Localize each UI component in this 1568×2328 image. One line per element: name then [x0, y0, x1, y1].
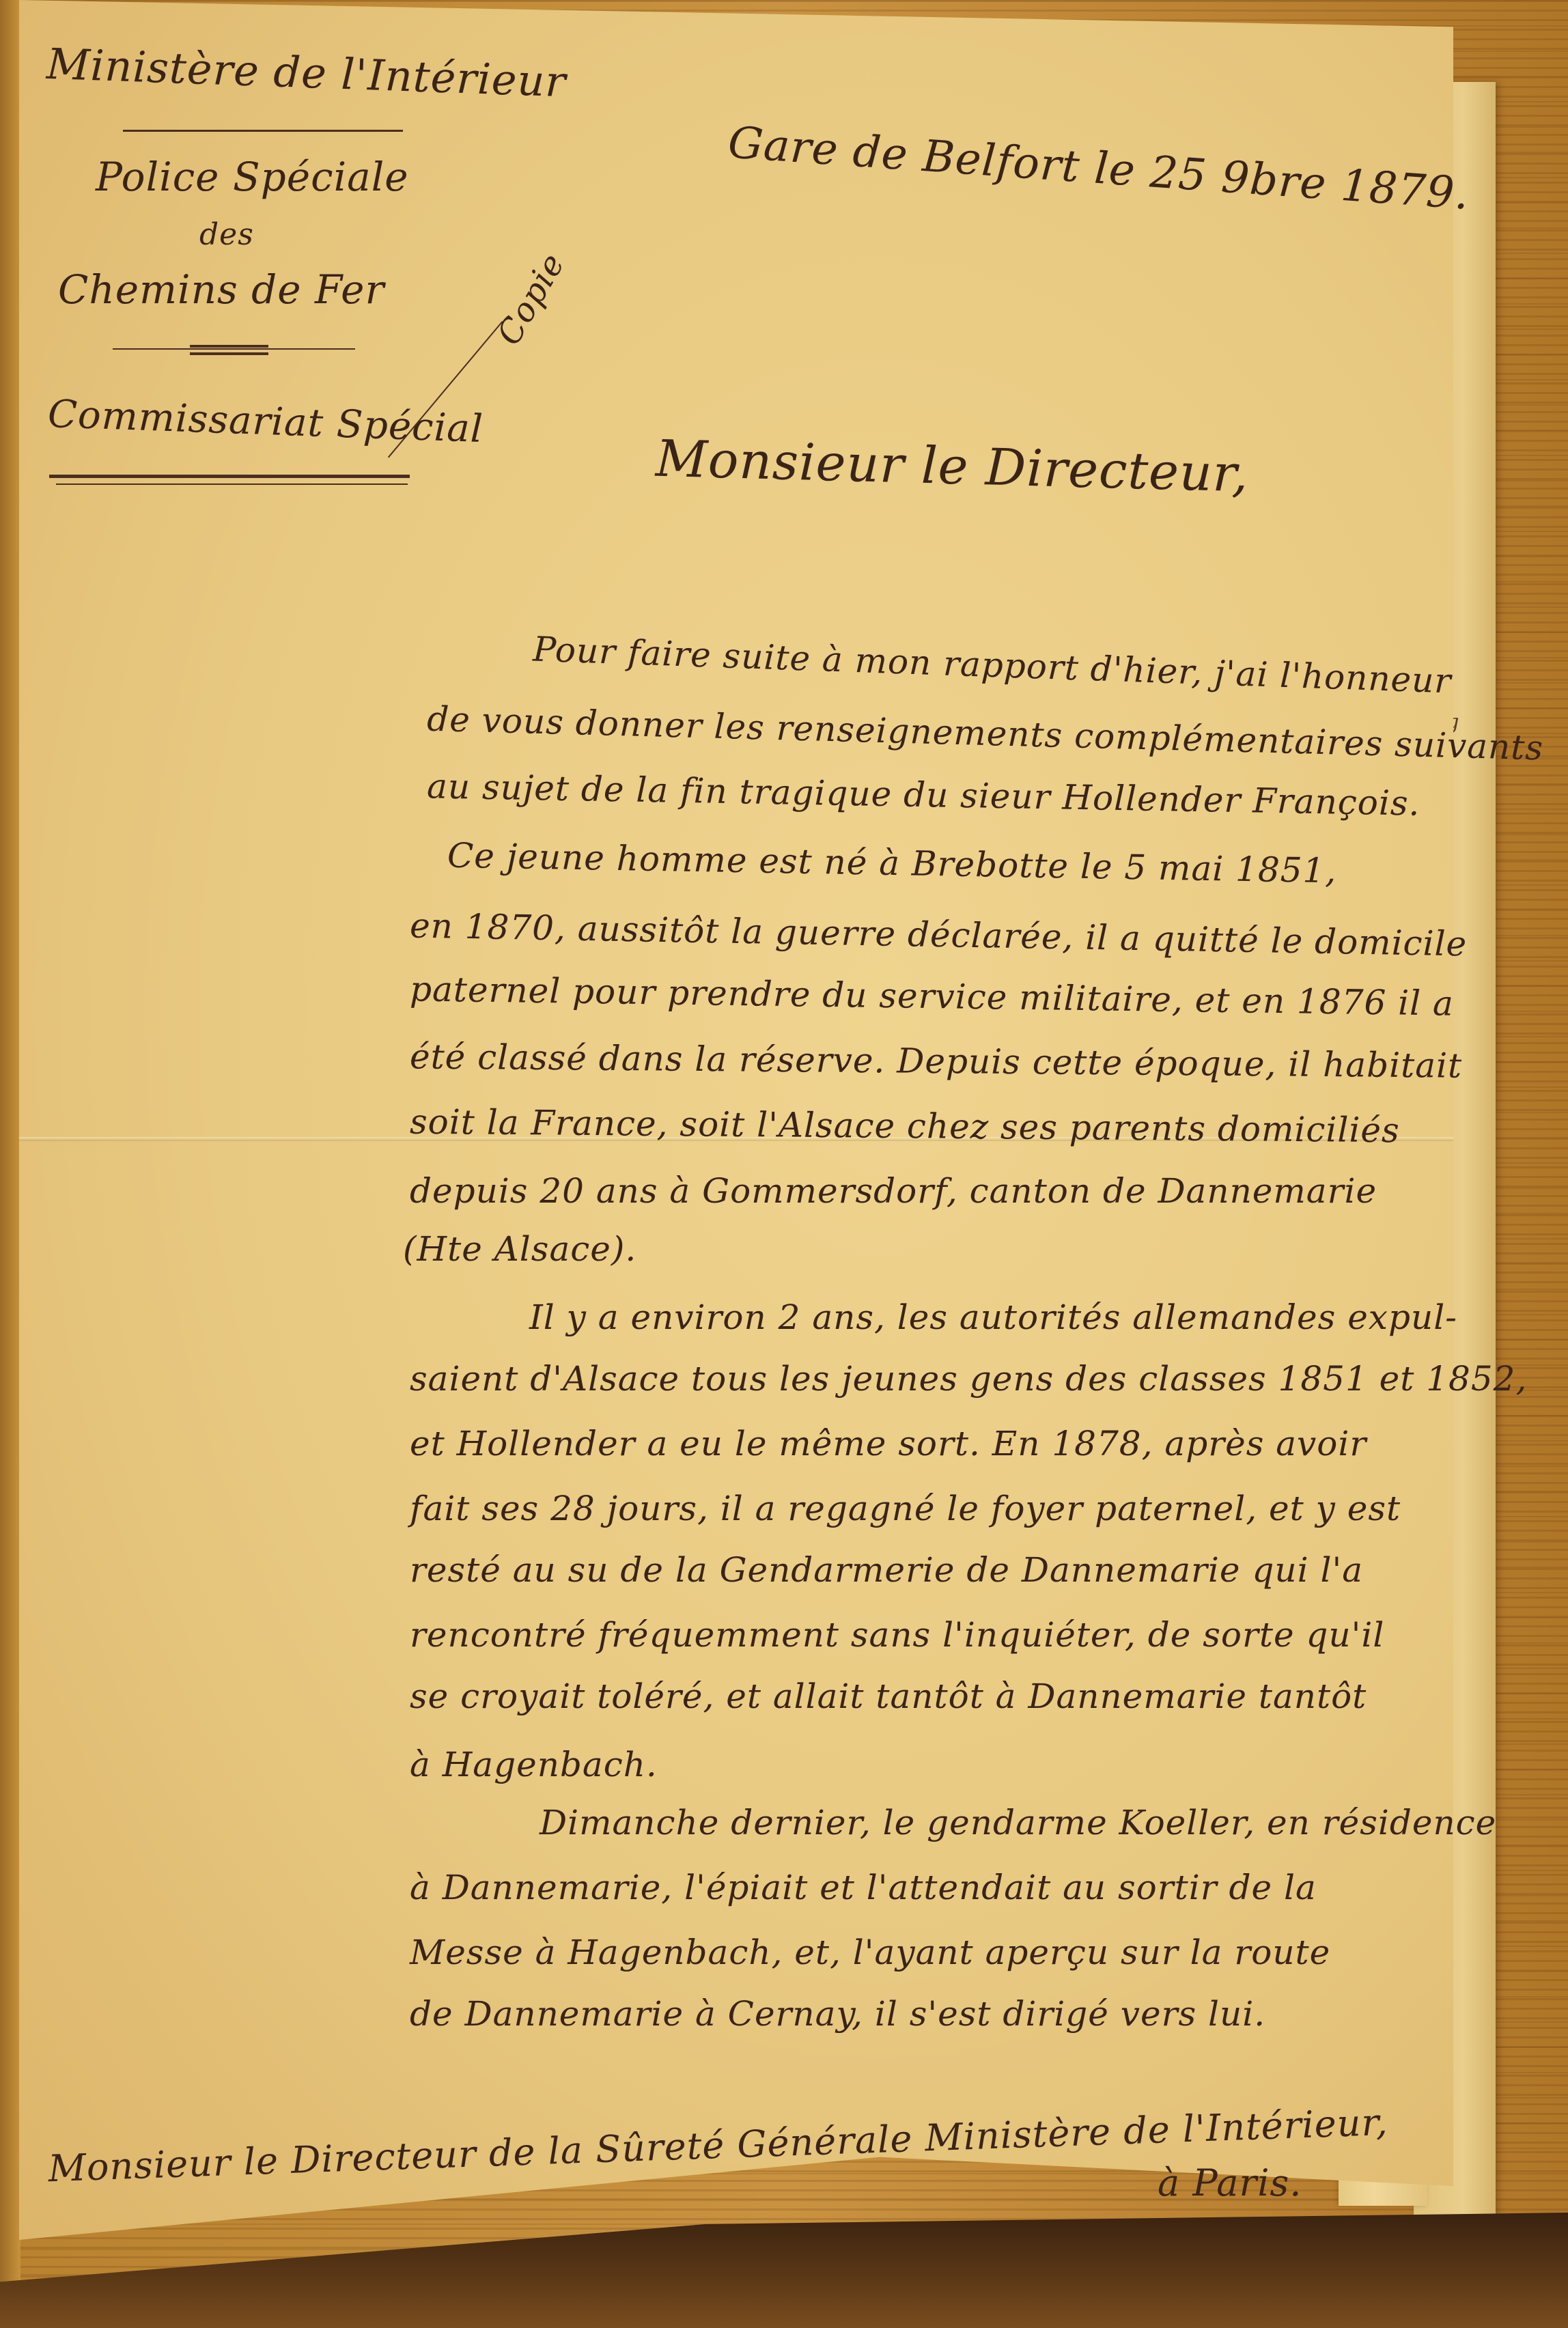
letterhead-double-rule	[190, 345, 268, 348]
letterhead-rule	[49, 475, 410, 478]
body-line: rencontré fréquemment sans l'inquiéter, …	[410, 1615, 1384, 1655]
body-line: Il y a environ 2 ans, les autorités alle…	[529, 1298, 1457, 1337]
letterhead-service-line3: Chemins de Fer	[58, 266, 384, 313]
letterhead-service-line1: Police Spéciale	[96, 154, 409, 200]
desk-shadow	[0, 2213, 1568, 2328]
letterhead-rule	[56, 483, 408, 485]
body-line: Messe à Hagenbach, et, l'ayant aperçu su…	[410, 1933, 1330, 1972]
letterhead-double-rule	[190, 352, 268, 355]
body-line: (Hte Alsace).	[403, 1229, 636, 1269]
body-line: saient d'Alsace tous les jeunes gens des…	[410, 1359, 1527, 1399]
body-line: Dimanche dernier, le gendarme Koeller, e…	[540, 1803, 1496, 1842]
letterhead-rule	[123, 130, 403, 132]
body-line: fait ses 28 jours, il a regagné le foyer…	[410, 1489, 1401, 1528]
body-line: resté au su de la Gendarmerie de Dannema…	[410, 1550, 1363, 1590]
body-line: à Dannemarie, l'épiait et l'attendait au…	[410, 1868, 1317, 1907]
letterhead-service-line2: des	[199, 217, 254, 252]
body-line: depuis 20 ans à Gommersdorf, canton de D…	[410, 1171, 1377, 1211]
body-line: se croyait toléré, et allait tantôt à Da…	[410, 1677, 1367, 1716]
left-page-edge	[0, 0, 20, 2328]
letterhead-rule	[113, 348, 355, 350]
body-line: de Dannemarie à Cernay, il s'est dirigé …	[410, 1994, 1265, 2034]
body-line: et Hollender a eu le même sort. En 1878,…	[410, 1424, 1367, 1463]
addressee-line2: à Paris.	[1158, 2161, 1302, 2204]
body-line: à Hagenbach.	[410, 1745, 658, 1784]
